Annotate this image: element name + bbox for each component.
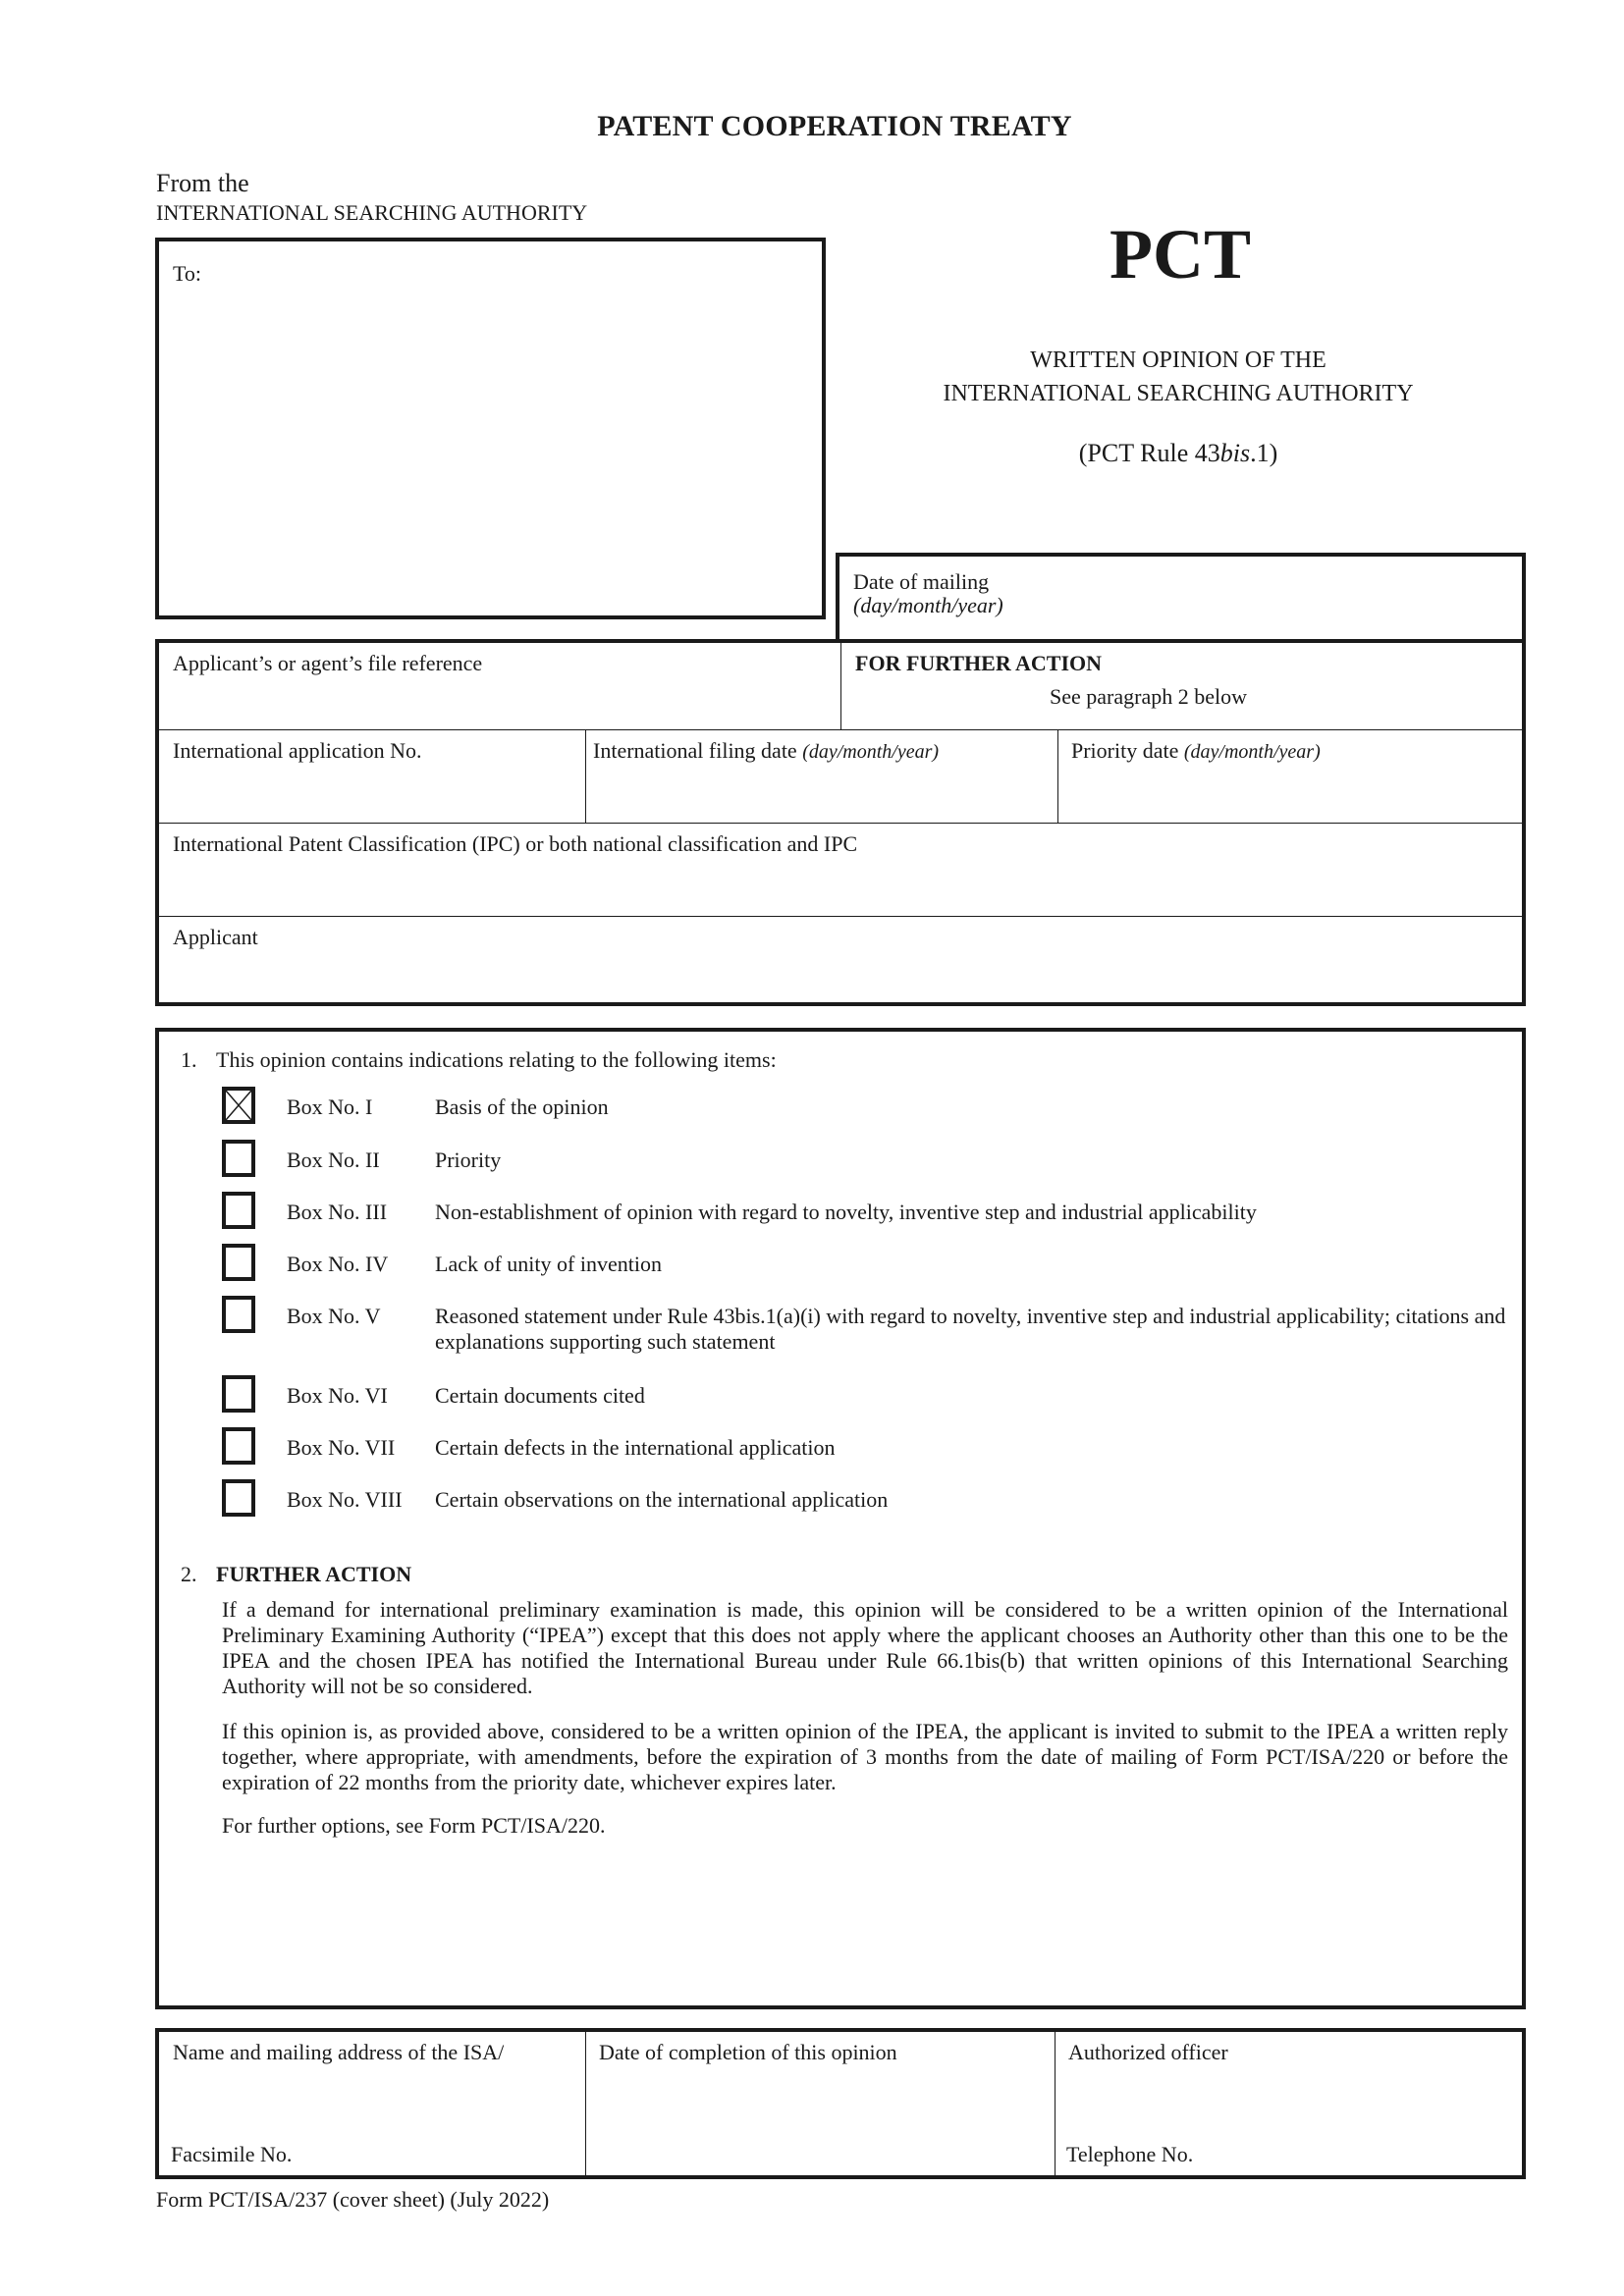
applicant-field[interactable]: Applicant (159, 917, 1522, 1003)
box-code: Box No. I (287, 1095, 372, 1120)
filing-date-field[interactable]: International filing date (day/month/yea… (585, 730, 1057, 823)
box-description: Priority (435, 1148, 1515, 1173)
filing-date-label: International filing date (593, 738, 802, 763)
box-code: Box No. VII (287, 1435, 395, 1461)
section2-heading-text: FURTHER ACTION (216, 1562, 411, 1586)
checkbox[interactable] (222, 1244, 255, 1281)
facsimile-label: Facsimile No. (171, 2142, 292, 2167)
document-title: WRITTEN OPINION OF THE INTERNATIONAL SEA… (844, 344, 1512, 410)
section2-heading: 2. FURTHER ACTION (181, 1562, 411, 1587)
file-reference-field[interactable]: Applicant’s or agent’s file reference (159, 643, 841, 730)
box-code: Box No. III (287, 1200, 387, 1225)
form-identifier: Form PCT/ISA/237 (cover sheet) (July 202… (156, 2187, 549, 2213)
telephone-label: Telephone No. (1066, 2142, 1193, 2167)
ipc-field[interactable]: International Patent Classification (IPC… (159, 824, 1522, 916)
recipient-address-box[interactable]: To: (155, 238, 826, 619)
isa-address-label: Name and mailing address of the ISA/ (173, 2040, 571, 2065)
pct-logo: PCT (1110, 214, 1251, 295)
rule-prefix: (PCT Rule 43 (1079, 439, 1220, 467)
further-action-label: FOR FURTHER ACTION (855, 651, 1508, 676)
box-description: Non-establishment of opinion with regard… (435, 1200, 1515, 1225)
application-no-label: International application No. (173, 738, 422, 763)
section2-number: 2. (181, 1562, 197, 1586)
date-of-mailing-field[interactable]: Date of mailing (day/month/year) (836, 553, 1526, 641)
box-code: Box No. VIII (287, 1487, 403, 1513)
cross-mark-icon (226, 1091, 251, 1120)
rule-italic: bis (1220, 439, 1250, 467)
application-details-grid: Applicant’s or agent’s file reference FO… (155, 639, 1526, 1006)
treaty-title: PATENT COOPERATION TREATY (0, 110, 1624, 143)
section1-number: 1. (181, 1047, 197, 1072)
checkbox[interactable] (222, 1479, 255, 1517)
priority-date-label: Priority date (1071, 738, 1184, 763)
date-format-hint: (day/month/year) (853, 594, 1003, 617)
section1-heading-text: This opinion contains indications relati… (216, 1047, 777, 1072)
checked-checkbox[interactable] (222, 1087, 255, 1124)
further-action-paragraph-1: If a demand for international preliminar… (222, 1597, 1508, 1699)
document-title-line1: WRITTEN OPINION OF THE (844, 344, 1512, 377)
checkbox[interactable] (222, 1192, 255, 1229)
box-description: Reasoned statement under Rule 43bis.1(a)… (435, 1304, 1515, 1355)
box-description: Certain documents cited (435, 1383, 1515, 1409)
priority-date-format: (day/month/year) (1184, 741, 1321, 763)
to-label: To: (173, 261, 201, 287)
checkbox[interactable] (222, 1375, 255, 1413)
isa-address-field[interactable]: Name and mailing address of the ISA/ Fac… (159, 2032, 585, 2175)
section1-heading: 1. This opinion contains indications rel… (181, 1047, 777, 1073)
ipc-label: International Patent Classification (IPC… (173, 831, 857, 856)
box-description: Certain observations on the internationa… (435, 1487, 1515, 1513)
from-authority: INTERNATIONAL SEARCHING AUTHORITY (156, 200, 587, 226)
authorized-officer-field[interactable]: Authorized officer Telephone No. (1055, 2032, 1522, 2175)
further-action-paragraph-2: If this opinion is, as provided above, c… (222, 1719, 1508, 1795)
applicant-label: Applicant (173, 925, 258, 949)
box-code: Box No. II (287, 1148, 380, 1173)
filing-date-format: (day/month/year) (802, 741, 939, 763)
file-reference-label: Applicant’s or agent’s file reference (173, 651, 482, 675)
signature-block: Name and mailing address of the ISA/ Fac… (155, 2028, 1526, 2179)
application-no-field[interactable]: International application No. (159, 730, 585, 823)
opinion-items-section: 1. This opinion contains indications rel… (155, 1028, 1526, 2009)
box-description: Certain defects in the international app… (435, 1435, 1515, 1461)
rule-reference: (PCT Rule 43bis.1) (844, 439, 1512, 468)
completion-date-field[interactable]: Date of completion of this opinion (585, 2032, 1055, 2175)
authorized-officer-label: Authorized officer (1068, 2040, 1508, 2065)
document-title-line2: INTERNATIONAL SEARCHING AUTHORITY (844, 377, 1512, 410)
further-action-paragraph-3: For further options, see Form PCT/ISA/22… (222, 1813, 1508, 1839)
box-code: Box No. V (287, 1304, 381, 1329)
checkbox[interactable] (222, 1427, 255, 1465)
from-label: From the (156, 169, 249, 198)
box-description: Lack of unity of invention (435, 1252, 1515, 1277)
box-code: Box No. IV (287, 1252, 388, 1277)
priority-date-field[interactable]: Priority date (day/month/year) (1057, 730, 1522, 823)
further-action-note: See paragraph 2 below (1050, 684, 1247, 710)
further-action-box: FOR FURTHER ACTION See paragraph 2 below (841, 643, 1522, 730)
box-description: Basis of the opinion (435, 1095, 1515, 1120)
rule-suffix: .1) (1250, 439, 1277, 467)
date-of-mailing-label: Date of mailing (853, 570, 1003, 594)
checkbox[interactable] (222, 1296, 255, 1333)
checkbox[interactable] (222, 1140, 255, 1177)
completion-date-label: Date of completion of this opinion (599, 2040, 1041, 2065)
box-code: Box No. VI (287, 1383, 388, 1409)
